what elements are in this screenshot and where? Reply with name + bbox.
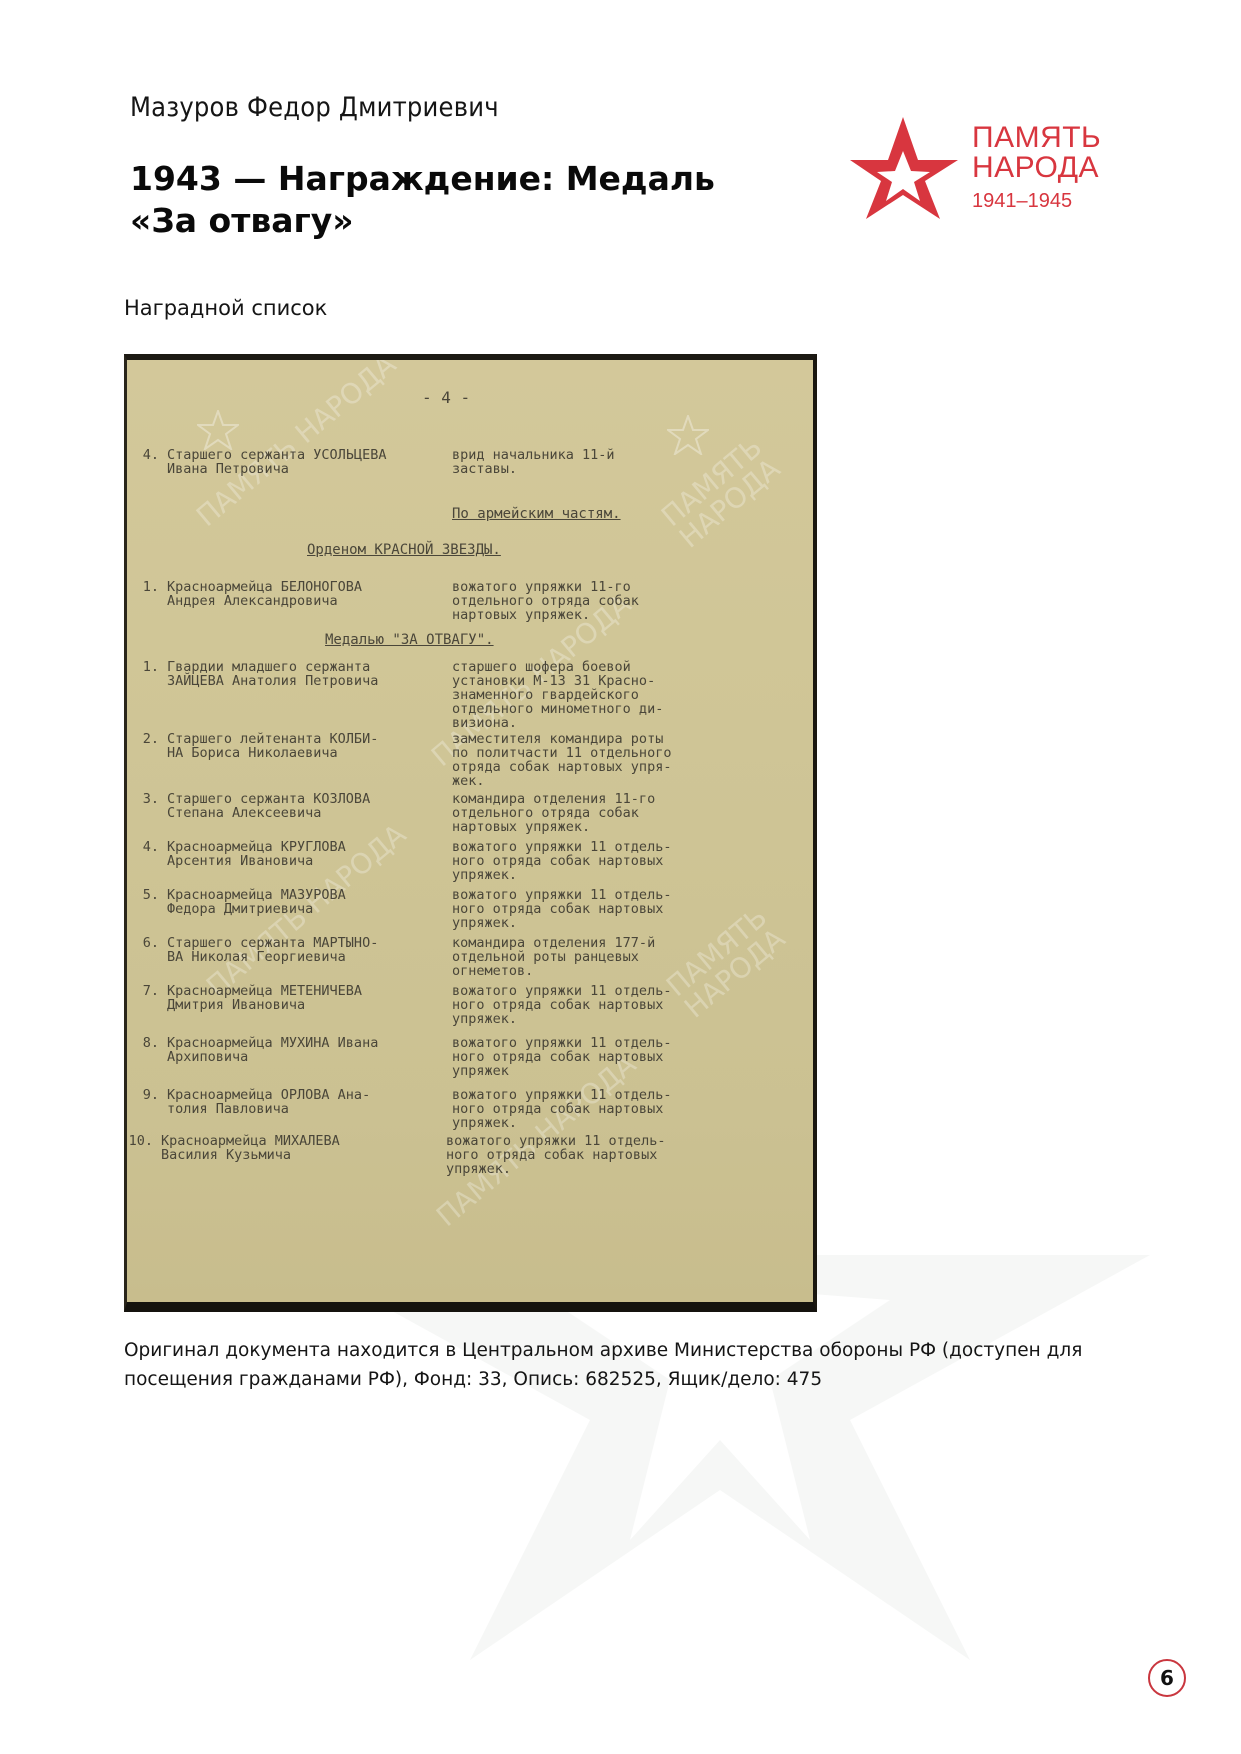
entry-number: 6. xyxy=(127,936,159,950)
entry-name: Красноармейца БЕЛОНОГОВА Андрея Александ… xyxy=(167,580,427,608)
entry-number: 4. xyxy=(127,448,159,462)
entry-number: 2. xyxy=(127,732,159,746)
entry-number: 1. xyxy=(127,580,159,594)
entry-position: вожатого упряжки 11 отдель- ного отряда … xyxy=(452,984,752,1026)
entry-number: 10. xyxy=(124,1134,153,1148)
entry-number: 1. xyxy=(127,660,159,674)
entry-name: Гвардии младшего сержанта ЗАЙЦЕВА Анатол… xyxy=(167,660,427,688)
logo-text: ПАМЯТЬ НАРОДА 1941–1945 xyxy=(972,123,1101,216)
entry-name: Старшего сержанта КОЗЛОВА Степана Алексе… xyxy=(167,792,427,820)
entry-position: вожатого упряжки 11 отдель- ного отряда … xyxy=(452,888,752,930)
logo-years: 1941–1945 xyxy=(972,186,1101,216)
entry-name: Красноармейца МИХАЛЕВА Василия Кузьмича xyxy=(161,1134,421,1162)
entry-position: заместителя командира роты по политчасти… xyxy=(452,732,752,788)
page-number: 6 xyxy=(1160,1666,1174,1690)
section-heading: По армейским частям. xyxy=(452,506,621,522)
section-label: Наградной список xyxy=(124,296,327,320)
red-star-icon xyxy=(850,115,960,220)
entry-name: Красноармейца ОРЛОВА Ана- толия Павлович… xyxy=(167,1088,427,1116)
entry-position: вожатого упряжки 11 отдель- ного отряда … xyxy=(452,1088,752,1130)
entry-position: вожатого упряжки 11 отдель- ного отряда … xyxy=(446,1134,746,1176)
order-heading: Орденом КРАСНОЙ ЗВЕЗДЫ. xyxy=(307,542,501,558)
entry-name: Красноармейца МАЗУРОВА Федора Дмитриевич… xyxy=(167,888,427,916)
entry-name: Старшего сержанта МАРТЫНО- ВА Николая Ге… xyxy=(167,936,427,964)
award-list-scan: - 4 - ПАМЯТЬ НАРОДА ПАМЯТЬ НАРОДА ПАМЯТЬ… xyxy=(124,354,817,1312)
pamyat-naroda-logo[interactable]: ПАМЯТЬ НАРОДА 1941–1945 xyxy=(850,115,1130,220)
entry-number: 9. xyxy=(127,1088,159,1102)
person-name: Мазуров Федор Дмитриевич xyxy=(130,92,499,123)
entry-number: 4. xyxy=(127,840,159,854)
entry-name: Старшего сержанта УСОЛЬЦЕВА Ивана Петров… xyxy=(167,448,427,476)
entry-position: командира отделения 177-й отдельной роты… xyxy=(452,936,752,978)
entry-position: врид начальника 11-й заставы. xyxy=(452,448,752,476)
medal-heading: Медалью "ЗА ОТВАГУ". xyxy=(325,632,494,648)
award-title: 1943 — Награждение: Медаль «За отвагу» xyxy=(130,158,770,242)
entry-name: Красноармейца КРУГЛОВА Арсентия Иванович… xyxy=(167,840,427,868)
entry-position: старшего шофера боевой установки М-13 31… xyxy=(452,660,752,730)
entry-position: вожатого упряжки 11 отдель- ного отряда … xyxy=(452,1036,752,1078)
logo-line-1: ПАМЯТЬ xyxy=(972,123,1101,153)
entry-number: 5. xyxy=(127,888,159,902)
scan-page-marker: - 4 - xyxy=(422,388,470,407)
entry-name: Старшего лейтенанта КОЛБИ- НА Бориса Ник… xyxy=(167,732,427,760)
entry-name: Красноармейца МЕТЕНИЧЕВА Дмитрия Иванови… xyxy=(167,984,427,1012)
entry-position: вожатого упряжки 11 отдель- ного отряда … xyxy=(452,840,752,882)
source-note: Оригинал документа находится в Центральн… xyxy=(124,1336,1124,1394)
logo-line-2: НАРОДА xyxy=(972,153,1101,183)
entry-name: Красноармейца МУХИНА Ивана Архиповича xyxy=(167,1036,427,1064)
watermark-star-icon xyxy=(197,410,239,450)
entry-position: командира отделения 11-го отдельного отр… xyxy=(452,792,752,834)
entry-number: 3. xyxy=(127,792,159,806)
page-number-badge: 6 xyxy=(1148,1659,1186,1697)
entry-number: 8. xyxy=(127,1036,159,1050)
entry-position: вожатого упряжки 11-го отдельного отряда… xyxy=(452,580,752,622)
entry-number: 7. xyxy=(127,984,159,998)
